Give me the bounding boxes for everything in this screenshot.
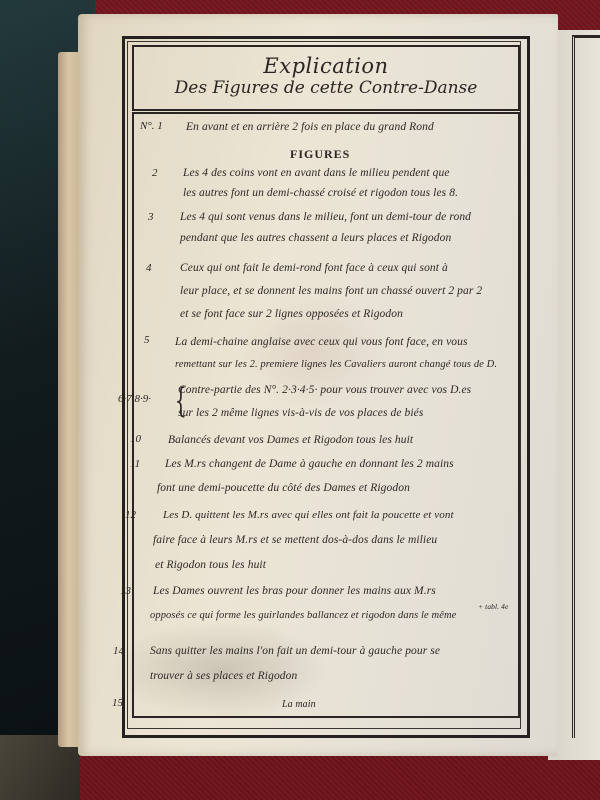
entry-line: et Rigodon tous les huit [155,559,266,571]
red-cloth-bottom [40,755,600,800]
facing-page-frame [572,35,600,738]
entry-number: 13 [120,585,131,597]
entry-line: trouver à ses places et Rigodon [150,670,297,682]
entry-line: les autres font un demi-chassé croisé et… [183,187,458,199]
title-explication: Explication [134,55,518,77]
entry-line: remettant sur les 2. premiere lignes les… [175,359,497,370]
entry-line: Les 4 qui sont venus dans le milieu, fon… [180,211,471,223]
entry-line: Contre-partie des N°. 2·3·4·5· pour vous… [178,384,471,396]
entry-line: Les Dames ouvrent les bras pour donner l… [153,585,436,597]
entry-number: 15 [112,697,123,709]
intro-number: N°. 1 [140,120,163,132]
entry-line: Les 4 des coins vont en avant dans le mi… [183,167,450,179]
title-cartouche: Explication Des Figures de cette Contre-… [132,45,520,111]
entry-line: Ceux qui ont fait le demi-rond font face… [180,262,448,274]
entry-line: font une demi-poucette du côté des Dames… [157,482,410,494]
entry-line: Balancés devant vos Dames et Rigodon tou… [168,434,413,446]
entry-line: leur place, et se donnent les mains font… [180,285,482,297]
entry-line: La main [282,699,316,710]
entry-line: sur les 2 même lignes vis-à-vis de vos p… [178,407,423,419]
figures-heading: FIGURES [290,147,350,162]
intro-text: En avant et en arrière 2 fois en place d… [186,121,434,133]
entry-number: 12 [125,509,136,521]
entry-number: 3 [148,211,154,223]
entry-line: et se font face sur 2 lignes opposées et… [180,308,403,320]
entry-line: opposés ce qui forme les guirlandes ball… [150,610,456,621]
entry-number: 11 [130,458,140,470]
entry-number: 4 [146,262,152,274]
entry-line: Sans quitter les mains l'on fait un demi… [150,645,440,657]
title-subtitle: Des Figures de cette Contre-Danse [134,77,518,99]
entry-line: Les M.rs changent de Dame à gauche en do… [165,458,454,470]
entry-number: 6·7·8·9· [118,393,151,405]
margin-annotation: + tabl. 4e [478,602,508,611]
entry-line: La demi-chaine anglaise avec ceux qui vo… [175,336,468,348]
entry-line: faire face à leurs M.rs et se mettent do… [153,534,437,546]
entry-number: 14 [113,645,124,657]
entry-line: pendant que les autres chassent a leurs … [180,232,451,244]
entry-line: Les D. quittent les M.rs avec qui elles … [163,509,454,521]
entry-number: 5 [144,334,150,346]
entry-number: 10 [130,433,141,445]
entry-number: 2 [152,167,158,179]
